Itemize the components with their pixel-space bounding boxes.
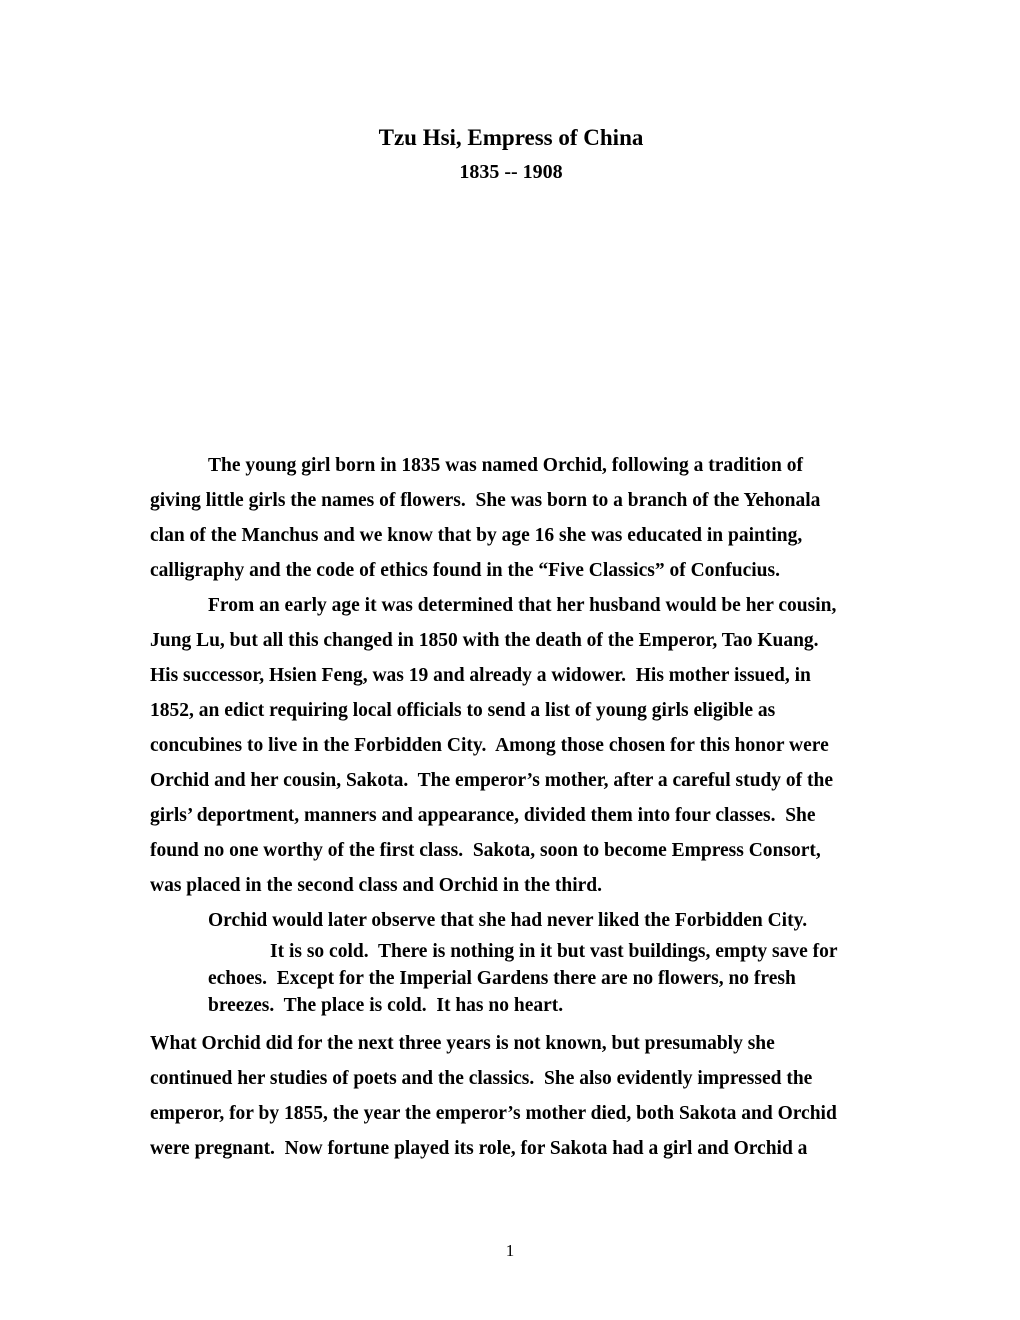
- document-content: Tzu Hsi, Empress of China 1835 -- 1908 T…: [150, 120, 872, 1166]
- document-page: Tzu Hsi, Empress of China 1835 -- 1908 T…: [0, 0, 1020, 1320]
- blockquote-orchid-quote: It is so cold. There is nothing in it bu…: [208, 938, 872, 1019]
- document-body: The young girl born in 1835 was named Or…: [150, 448, 872, 1166]
- paragraph-forbidden-city: Orchid would later observe that she had …: [150, 903, 872, 938]
- document-title: Tzu Hsi, Empress of China: [150, 120, 872, 155]
- document-subtitle: 1835 -- 1908: [150, 155, 872, 190]
- paragraph-next-three-years: What Orchid did for the next three years…: [150, 1026, 872, 1166]
- page-number: 1: [0, 1240, 1020, 1262]
- paragraph-orchid-birth: The young girl born in 1835 was named Or…: [150, 448, 872, 588]
- paragraph-cousin-emperor: From an early age it was determined that…: [150, 588, 872, 903]
